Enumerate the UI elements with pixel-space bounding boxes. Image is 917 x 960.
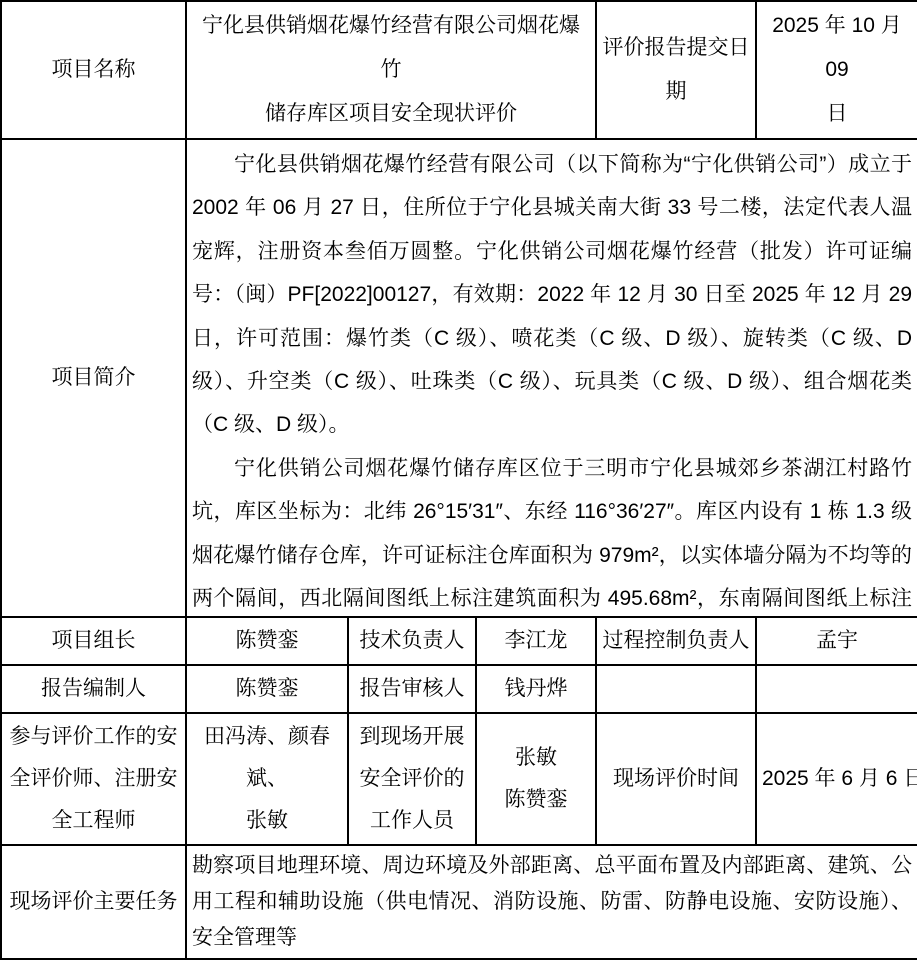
project-name-label: 项目名称 — [1, 1, 186, 139]
project-intro-paragraphs: 宁化县供销烟花爆竹经营有限公司（以下简称为“宁化供销公司”）成立于 2002 年… — [192, 143, 912, 613]
project-leader-label: 项目组长 — [1, 617, 186, 665]
report-author-label: 报告编制人 — [1, 665, 186, 713]
report-reviewer-name: 钱丹烨 — [476, 665, 596, 713]
evaluation-info-table: 项目名称 宁化县供销烟花爆竹经营有限公司烟花爆竹 储存库区项目安全现状评价 评价… — [0, 0, 917, 960]
onsite-staff-names: 张敏 陈赞銮 — [476, 713, 596, 845]
row-project-name: 项目名称 宁化县供销烟花爆竹经营有限公司烟花爆竹 储存库区项目安全现状评价 评价… — [1, 1, 917, 139]
process-control-name: 孟宇 — [756, 617, 917, 665]
report-author-name: 陈赞銮 — [186, 665, 348, 713]
tech-lead-label: 技术负责人 — [348, 617, 476, 665]
row-project-intro: 项目简介 宁化县供销烟花爆竹经营有限公司（以下简称为“宁化供销公司”）成立于 2… — [1, 139, 917, 617]
onsite-tasks-value: 勘察项目地理环境、周边环境及外部距离、总平面布置及内部距离、建筑、公用工程和辅助… — [192, 848, 912, 956]
onsite-time-value: 2025 年 6 月 6 日 — [756, 713, 917, 845]
project-name-value: 宁化县供销烟花爆竹经营有限公司烟花爆竹 储存库区项目安全现状评价 — [186, 1, 596, 139]
tech-lead-name: 李江龙 — [476, 617, 596, 665]
submit-date-label: 评价报告提交日 期 — [596, 1, 756, 139]
report-page: 项目名称 宁化县供销烟花爆竹经营有限公司烟花爆竹 储存库区项目安全现状评价 评价… — [0, 0, 917, 856]
empty-cell-1 — [596, 665, 756, 713]
row-onsite-tasks: 现场评价主要任务 勘察项目地理环境、周边环境及外部距离、总平面布置及内部距离、建… — [1, 845, 917, 959]
onsite-staff-label: 到现场开展 安全评价的 工作人员 — [348, 713, 476, 845]
row-evaluators: 参与评价工作的安 全评价师、注册安 全工程师 田冯涛、颜春斌、 张敏 到现场开展… — [1, 713, 917, 845]
evaluators-names: 田冯涛、颜春斌、 张敏 — [186, 713, 348, 845]
onsite-tasks-label: 现场评价主要任务 — [1, 845, 186, 959]
empty-cell-2 — [756, 665, 917, 713]
onsite-tasks-text: 勘察项目地理环境、周边环境及外部距离、总平面布置及内部距离、建筑、公用工程和辅助… — [186, 845, 917, 959]
evaluators-label: 参与评价工作的安 全评价师、注册安 全工程师 — [1, 713, 186, 845]
row-project-leader: 项目组长 陈赞銮 技术负责人 李江龙 过程控制负责人 孟宇 — [1, 617, 917, 665]
project-leader-name: 陈赞銮 — [186, 617, 348, 665]
project-intro-text: 宁化县供销烟花爆竹经营有限公司（以下简称为“宁化供销公司”）成立于 2002 年… — [186, 139, 917, 617]
intro-paragraph-warehouse: 宁化供销公司烟花爆竹储存库区位于三明市宁化县城郊乡茶湖江村路竹坑，库区坐标为：北… — [192, 447, 912, 613]
intro-paragraph-company: 宁化县供销烟花爆竹经营有限公司（以下简称为“宁化供销公司”）成立于 2002 年… — [192, 143, 912, 447]
submit-date-value: 2025 年 10 月 09 日 — [756, 1, 917, 139]
row-report-author: 报告编制人 陈赞銮 报告审核人 钱丹烨 — [1, 665, 917, 713]
project-intro-label: 项目简介 — [1, 139, 186, 617]
report-reviewer-label: 报告审核人 — [348, 665, 476, 713]
process-control-label: 过程控制负责人 — [596, 617, 756, 665]
onsite-time-label: 现场评价时间 — [596, 713, 756, 845]
